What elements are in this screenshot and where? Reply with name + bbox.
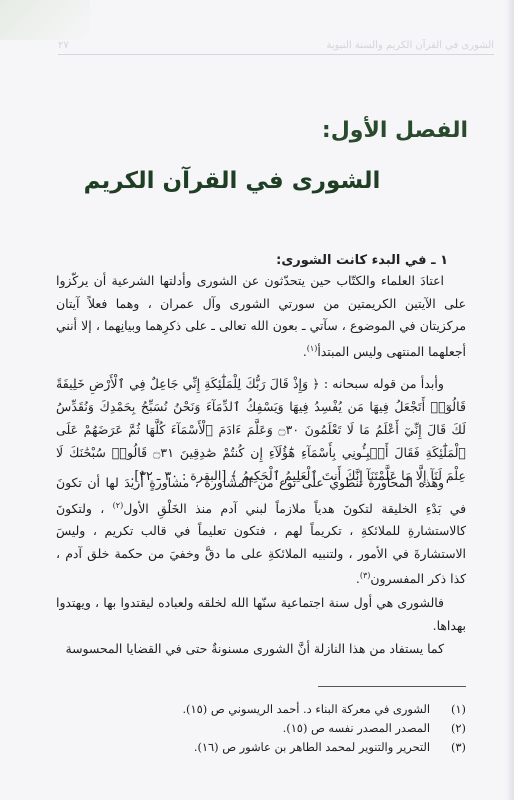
section-heading: ١ ـ في البدء كانت الشورى: [276,253,448,268]
page-number: ٢٧ [58,38,69,54]
paragraph-3: وهذه المحاورة تنطوي على نوع من المشاورة … [56,472,466,591]
chapter-title: الشورى في القرآن الكريم [0,168,514,194]
paragraph-quran: وأبدأ من قوله سبحانه : ﴿ وَإِذْ قَالَ رَ… [56,372,466,487]
footnote-item: (٣) التحرير والتنوير لمحمد الطاهر بن عاش… [36,738,466,757]
quran-intro: وأبدأ من قوله سبحانه : [320,376,444,391]
quran-verse: ﴿ وَإِذْ قَالَ رَبُّكَ لِلْمَلَٰٓئِكَةِ … [56,376,466,483]
paragraph-5: كما يستفاد من هذا النازلة أنَّ الشورى مس… [56,638,466,661]
footnote-ref-3[interactable]: (٣) [360,571,371,580]
footnote-ref-2[interactable]: (٢) [113,501,124,510]
footnotes: (١) الشورى في معركة البناء د. أحمد الريس… [36,700,466,757]
footnote-ref-1[interactable]: (١) [307,344,318,353]
footnote-item: (١) الشورى في معركة البناء د. أحمد الريس… [36,700,466,719]
page-corner-shadow [0,0,90,40]
chapter-label: الفصل الأول: [322,118,468,143]
footnote-item: (٢) المصدر المصدر نفسه ص (١٥). [36,719,466,738]
book-page: ٢٧ الشورى في القرآن الكريم والسنة النبوي… [0,0,514,800]
footnote-divider [318,686,466,687]
page-edge-shadow [506,0,514,800]
running-title: الشورى في القرآن الكريم والسنة النبوية [326,38,494,54]
running-header: ٢٧ الشورى في القرآن الكريم والسنة النبوي… [58,38,494,55]
paragraph-4: فالشورى هي أول سنة اجتماعية سنّها الله ل… [56,592,466,637]
paragraph-1: اعتادَ العلماء والكتّاب حين يتحدّثون عن … [56,270,466,363]
